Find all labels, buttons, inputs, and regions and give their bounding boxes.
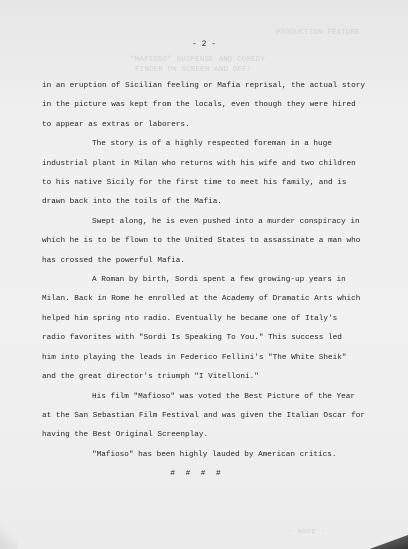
- text-line: Swept along, he is even pushed into a mu…: [42, 213, 392, 232]
- paragraph: The story is of a highly respected forem…: [42, 135, 392, 213]
- document-page: PRODUCTION FEATURE "MAFIOSO" SUSPENSE AN…: [0, 0, 408, 549]
- bleed-through-footer: - more -: [288, 528, 325, 536]
- text-line: and the great director's triumph "I Vite…: [42, 368, 392, 387]
- paragraph: His film "Mafioso" was voted the Best Pi…: [42, 388, 392, 446]
- text-line: in an eruption of Sicilian feeling or Ma…: [42, 77, 392, 96]
- text-line: A Roman by birth, Sordi spent a few grow…: [42, 271, 392, 290]
- document-body: in an eruption of Sicilian feeling or Ma…: [42, 77, 392, 485]
- text-line: drawn back into the toils of the Mafia.: [42, 193, 392, 212]
- page-corner-shadow: [368, 535, 408, 549]
- bleed-through-title-line-2: FINDER ON SCREEN AND OFF!: [135, 66, 251, 74]
- text-line: His film "Mafioso" was voted the Best Pi…: [42, 388, 392, 407]
- paragraph: A Roman by birth, Sordi spent a few grow…: [42, 271, 392, 387]
- text-line: radio favorites with "Sordi Is Speaking …: [42, 329, 392, 348]
- bleed-through-header: PRODUCTION FEATURE: [276, 29, 360, 37]
- text-line: helped him spring nto radio. Eventually …: [42, 310, 392, 329]
- text-line: Milan. Back in Rome he enrolled at the A…: [42, 290, 392, 309]
- text-line: "Mafioso" has been highly lauded by Amer…: [42, 446, 392, 465]
- text-line: industrial plant in Milan who returns wi…: [42, 155, 392, 174]
- text-line: to appear as extras or laborers.: [42, 116, 392, 135]
- paragraph: in an eruption of Sicilian feeling or Ma…: [42, 77, 392, 135]
- text-line: The story is of a highly respected forem…: [42, 135, 392, 154]
- end-mark: # # # #: [2, 465, 392, 484]
- text-line: in the picture was kept from the locals,…: [42, 96, 392, 115]
- text-line: to his native Sicily for the first time …: [42, 174, 392, 193]
- bleed-through-title-line-1: "MAFIOSO" SUSPENSE AND COMEDY: [130, 56, 265, 64]
- text-line: him into playing the leads in Federico F…: [42, 349, 392, 368]
- page-number: - 2 -: [0, 40, 408, 49]
- paragraph: "Mafioso" has been highly lauded by Amer…: [42, 446, 392, 465]
- paragraph: Swept along, he is even pushed into a mu…: [42, 213, 392, 271]
- page-curl-shadow: [0, 519, 18, 549]
- text-line: at the San Sebastian Film Festival and w…: [42, 407, 392, 426]
- text-line: has crossed the powerful Mafia.: [42, 252, 392, 271]
- text-line: having the Best Original Screenplay.: [42, 426, 392, 445]
- text-line: which he is to be flown to the United St…: [42, 232, 392, 251]
